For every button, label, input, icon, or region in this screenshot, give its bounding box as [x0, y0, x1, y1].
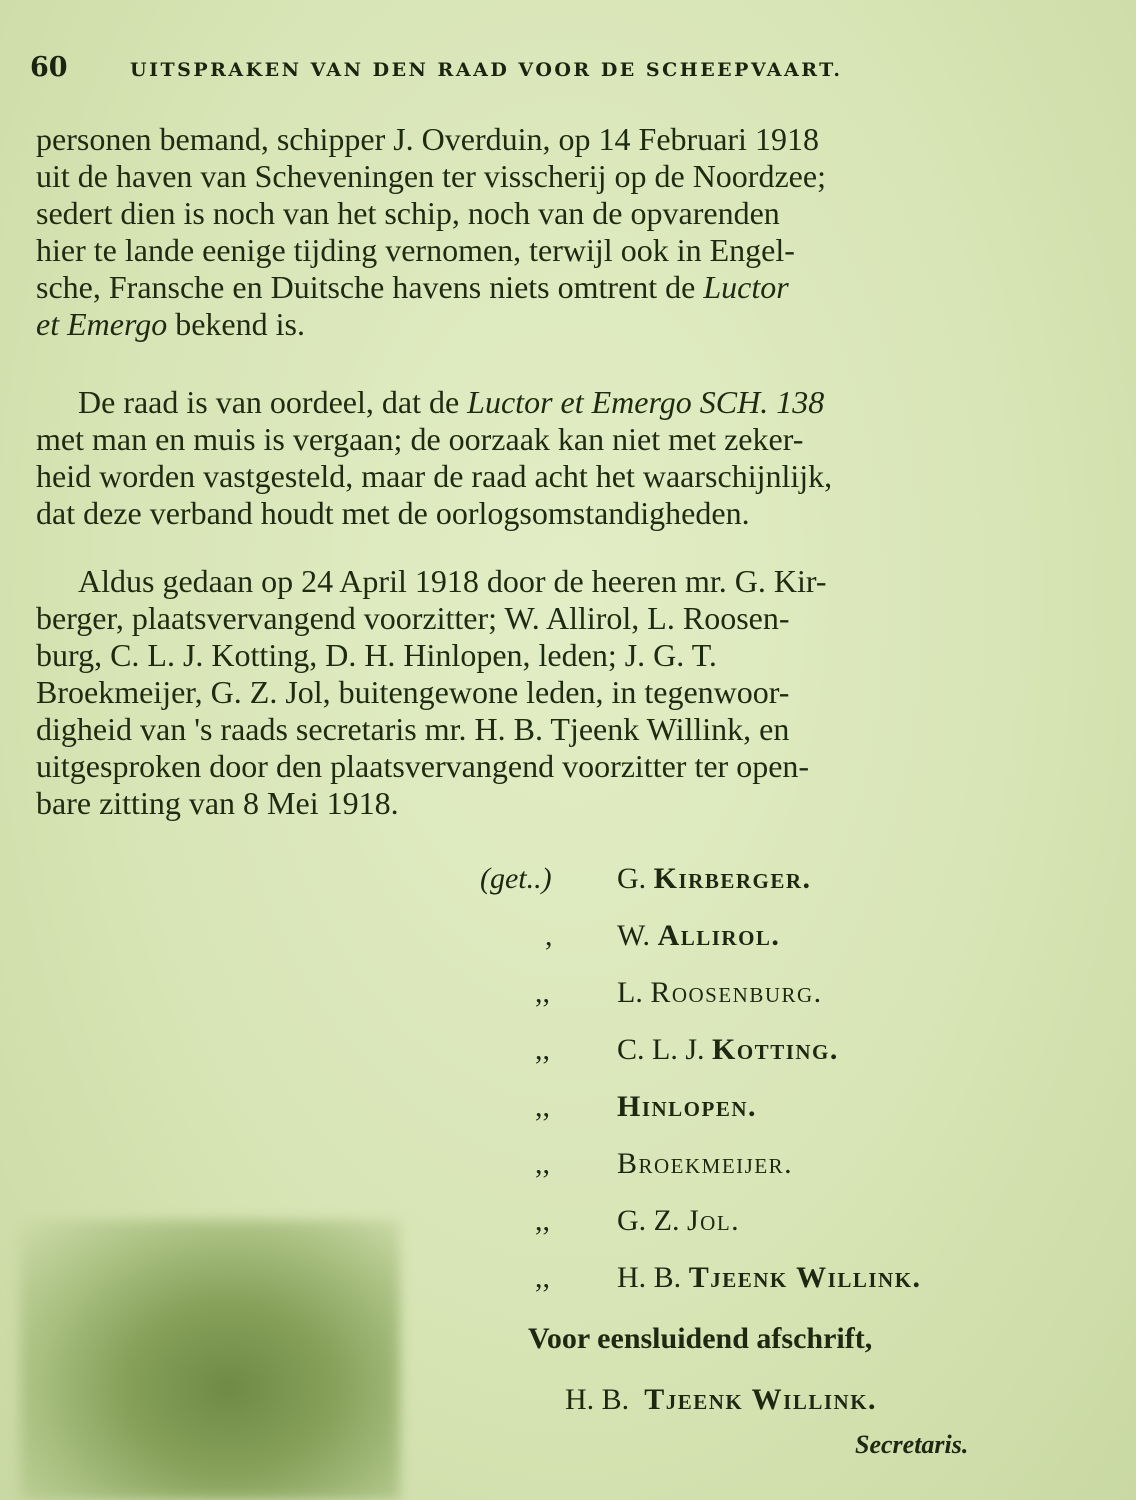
surname: Jol.	[687, 1204, 740, 1237]
signatory: G. Kirberger.	[617, 862, 812, 896]
signatory: W. Allirol.	[617, 919, 780, 953]
signature-row: ,, C. L. J. Kotting.	[0, 1033, 1136, 1073]
paragraph-1: personen bemand, schipper J. Overduin, o…	[36, 121, 1092, 343]
secretary-title: Secretaris.	[855, 1430, 968, 1460]
signature-row: , W. Allirol.	[0, 919, 1136, 959]
text-line: sche, Fransche en Duitsche havens niets …	[36, 269, 1092, 306]
text-line: sedert dien is noch van het schip, noch …	[36, 195, 1092, 232]
ditto-mark: ,,	[535, 1204, 575, 1238]
surname: Broekmeijer.	[617, 1147, 793, 1180]
secretary-signature: H. B. Tjeenk Willink.	[565, 1383, 877, 1417]
text-line: hier te lande eenige tijding vernomen, t…	[36, 232, 1092, 269]
surname: Kotting.	[712, 1033, 839, 1066]
signature-row: ,, H. B. Tjeenk Willink.	[0, 1261, 1136, 1301]
text-line: dat deze verband houdt met de oorlogsoms…	[36, 495, 1092, 532]
ditto-mark: ,,	[535, 1033, 575, 1067]
initials: H. B.	[617, 1261, 681, 1294]
signed-label: (get..)	[480, 862, 552, 896]
text-line: Broekmeijer, G. Z. Jol, buitengewone led…	[36, 674, 1092, 711]
text-fragment: bekend is.	[167, 306, 305, 342]
surname: Roosenburg.	[650, 976, 822, 1009]
text-fragment: sche, Fransche en Duitsche havens niets …	[36, 269, 695, 305]
paragraph-2: De raad is van oordeel, dat de Luctor et…	[36, 384, 1092, 532]
text-line: uit de haven van Scheveningen ter vissch…	[36, 158, 1092, 195]
text-line: met man en muis is vergaan; de oorzaak k…	[36, 421, 1092, 458]
signature-row: ,, G. Z. Jol.	[0, 1204, 1136, 1244]
signature-row: ,, L. Roosenburg.	[0, 976, 1136, 1016]
surname: Hinlopen.	[617, 1090, 757, 1123]
ship-name: Luctor	[703, 269, 788, 305]
text-line: uitgesproken door den plaatsvervangend v…	[36, 748, 1092, 785]
ditto-mark: ,,	[535, 1090, 575, 1124]
text-line: et Emergo bekend is.	[36, 306, 1092, 343]
ditto-mark: ,,	[535, 1147, 575, 1181]
running-title: UITSPRAKEN VAN DEN RAAD VOOR DE SCHEEPVA…	[130, 59, 842, 81]
page-number: 60	[30, 52, 130, 83]
surname: Tjeenk Willink.	[644, 1383, 877, 1416]
ship-name: Luctor et Emergo SCH. 138	[467, 384, 824, 420]
ship-name: et Emergo	[36, 306, 167, 342]
signatory: Hinlopen.	[617, 1090, 757, 1124]
initials: W.	[617, 919, 650, 952]
surname: Kirberger.	[654, 862, 812, 895]
initials: G. Z.	[617, 1204, 680, 1237]
certification-line: Voor eensluidend afschrift,	[528, 1322, 872, 1356]
text-line: burg, C. L. J. Kotting, D. H. Hinlopen, …	[36, 637, 1092, 674]
text-line: berger, plaatsvervangend voorzitter; W. …	[36, 600, 1092, 637]
initials: L.	[617, 976, 643, 1009]
paragraph-3: Aldus gedaan op 24 April 1918 door de he…	[36, 563, 1092, 822]
signatory: C. L. J. Kotting.	[617, 1033, 839, 1067]
page-header: 60 UITSPRAKEN VAN DEN RAAD VOOR DE SCHEE…	[30, 52, 1096, 83]
signatory: H. B. Tjeenk Willink.	[617, 1261, 922, 1295]
initials: H. B.	[565, 1383, 629, 1416]
text-fragment: De raad is van oordeel, dat de	[78, 384, 467, 420]
ditto-mark: ,	[545, 919, 585, 953]
text-line: bare zitting van 8 Mei 1918.	[36, 785, 1092, 822]
initials: G.	[617, 862, 646, 895]
signature-row: ,, Hinlopen.	[0, 1090, 1136, 1130]
signatory: L. Roosenburg.	[617, 976, 823, 1010]
surname: Allirol.	[658, 919, 781, 952]
ditto-mark: ,,	[535, 976, 575, 1010]
initials: C. L. J.	[617, 1033, 705, 1066]
signatory: Broekmeijer.	[617, 1147, 793, 1181]
text-line: heid worden vastgesteld, maar de raad ac…	[36, 458, 1092, 495]
signature-row: ,, Broekmeijer.	[0, 1147, 1136, 1187]
text-line: personen bemand, schipper J. Overduin, o…	[36, 121, 1092, 158]
ditto-mark: ,,	[535, 1261, 575, 1295]
surname: Tjeenk Willink.	[689, 1261, 922, 1294]
signatory: G. Z. Jol.	[617, 1204, 740, 1238]
text-line: Aldus gedaan op 24 April 1918 door de he…	[36, 563, 1092, 600]
signature-row: (get..) G. Kirberger.	[0, 862, 1136, 902]
text-line: digheid van 's raads secretaris mr. H. B…	[36, 711, 1092, 748]
text-line: De raad is van oordeel, dat de Luctor et…	[36, 384, 1092, 421]
